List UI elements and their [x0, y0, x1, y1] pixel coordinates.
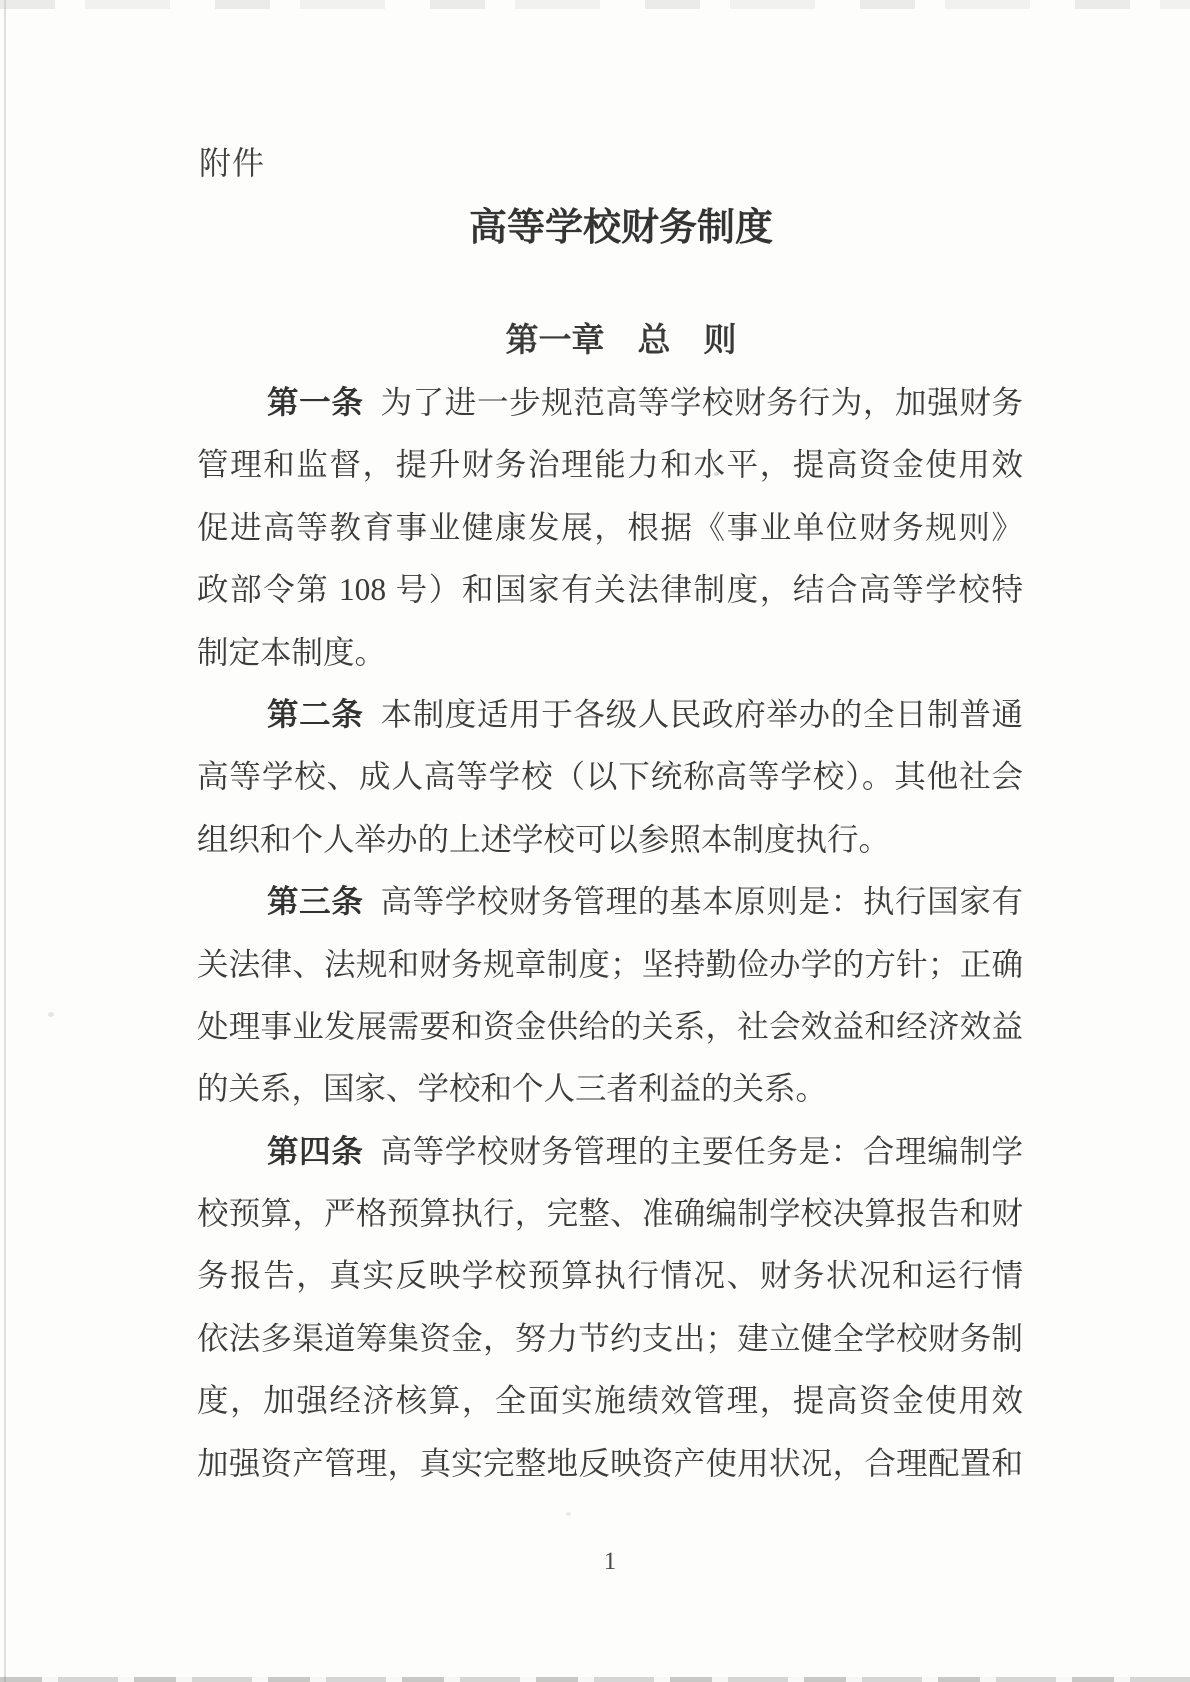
- body-line: 第二条本制度适用于各级人民政府举办的全日制普通: [197, 684, 1023, 746]
- body-line: 依法多渠道筹集资金，努力节约支出；建立健全学校财务制: [197, 1308, 1023, 1370]
- article-label: 第二条: [267, 697, 363, 732]
- line-text: 高等学校财务管理的主要任务是：合理编制学: [380, 1134, 1023, 1169]
- body-line: 促进高等教育事业健康发展，根据《事业单位财务规则》（财: [197, 497, 1023, 559]
- line-text: 高等学校财务管理的基本原则是：执行国家有: [380, 884, 1023, 919]
- line-text: 为了进一步规范高等学校财务行为，加强财务: [380, 385, 1023, 420]
- scan-edge-artifact-left: [4, 0, 6, 1682]
- line-text: 加强资产管理，真实完整地反映资产使用状况，合理配置和: [197, 1446, 1023, 1481]
- line-text: 管理和监督，提升财务治理能力和水平，提高资金使用效益，: [197, 447, 1023, 496]
- body-line: 第三条高等学校财务管理的基本原则是：执行国家有: [197, 871, 1023, 933]
- scan-edge-artifact-bottom: [0, 1677, 1190, 1682]
- line-text: 的关系，国家、学校和个人三者利益的关系。: [197, 1071, 827, 1106]
- body-line: 第四条高等学校财务管理的主要任务是：合理编制学: [197, 1121, 1023, 1183]
- article-label: 第四条: [267, 1134, 363, 1169]
- body-line: 加强资产管理，真实完整地反映资产使用状况，合理配置和: [197, 1433, 1023, 1495]
- body-line: 高等学校、成人高等学校（以下统称高等学校）。其他社会: [197, 746, 1023, 808]
- line-text: 组织和个人举办的上述学校可以参照本制度执行。: [197, 822, 890, 857]
- scanned-document-page: 附件 高等学校财务制度 第一章 总 则 第一条为了进一步规范高等学校财务行为，加…: [0, 0, 1190, 1682]
- line-text: 高等学校、成人高等学校（以下统称高等学校）。其他社会: [197, 759, 1023, 794]
- body-line: 务报告，真实反映学校预算执行情况、财务状况和运行情况；: [197, 1245, 1023, 1307]
- article-label: 第一条: [267, 385, 363, 420]
- attachment-label: 附件: [199, 138, 265, 184]
- body-line: 第一条为了进一步规范高等学校财务行为，加强财务: [197, 372, 1023, 434]
- line-text: 务报告，真实反映学校预算执行情况、财务状况和运行情况；: [197, 1258, 1023, 1307]
- body-line: 政部令第 108 号）和国家有关法律制度，结合高等学校特点，: [197, 559, 1023, 621]
- article-label: 第三条: [267, 884, 363, 919]
- line-text: 促进高等教育事业健康发展，根据《事业单位财务规则》（财: [197, 510, 1023, 559]
- line-text: 依法多渠道筹集资金，努力节约支出；建立健全学校财务制: [197, 1321, 1023, 1356]
- line-text: 本制度适用于各级人民政府举办的全日制普通: [380, 697, 1023, 732]
- line-text: 政部令第 108 号）和国家有关法律制度，结合高等学校特点，: [197, 572, 1023, 621]
- chapter-heading: 第一章 总 则: [197, 314, 1023, 361]
- scan-speck: [566, 1512, 571, 1516]
- body-line: 的关系，国家、学校和个人三者利益的关系。: [197, 1058, 1023, 1120]
- line-text: 关法律、法规和财务规章制度；坚持勤俭办学的方针；正确: [197, 947, 1023, 982]
- body-line: 管理和监督，提升财务治理能力和水平，提高资金使用效益，: [197, 434, 1023, 496]
- page-number: 1: [197, 1548, 1023, 1576]
- body-line: 关法律、法规和财务规章制度；坚持勤俭办学的方针；正确: [197, 934, 1023, 996]
- line-text: 校预算，严格预算执行，完整、准确编制学校决算报告和财: [197, 1196, 1023, 1231]
- line-text: 度，加强经济核算，全面实施绩效管理，提高资金使用效益；: [197, 1383, 1023, 1432]
- scan-speck: [48, 1012, 54, 1017]
- body-line: 组织和个人举办的上述学校可以参照本制度执行。: [197, 809, 1023, 871]
- body-line: 处理事业发展需要和资金供给的关系，社会效益和经济效益: [197, 996, 1023, 1058]
- line-text: 处理事业发展需要和资金供给的关系，社会效益和经济效益: [197, 1009, 1023, 1044]
- document-title: 高等学校财务制度: [197, 196, 1023, 251]
- body-line: 度，加强经济核算，全面实施绩效管理，提高资金使用效益；: [197, 1370, 1023, 1432]
- line-text: 制定本制度。: [197, 635, 386, 670]
- scan-edge-artifact-top: [0, 0, 1190, 9]
- document-body: 第一条为了进一步规范高等学校财务行为，加强财务 管理和监督，提升财务治理能力和水…: [197, 372, 1023, 1495]
- body-line: 制定本制度。: [197, 622, 1023, 684]
- body-line: 校预算，严格预算执行，完整、准确编制学校决算报告和财: [197, 1183, 1023, 1245]
